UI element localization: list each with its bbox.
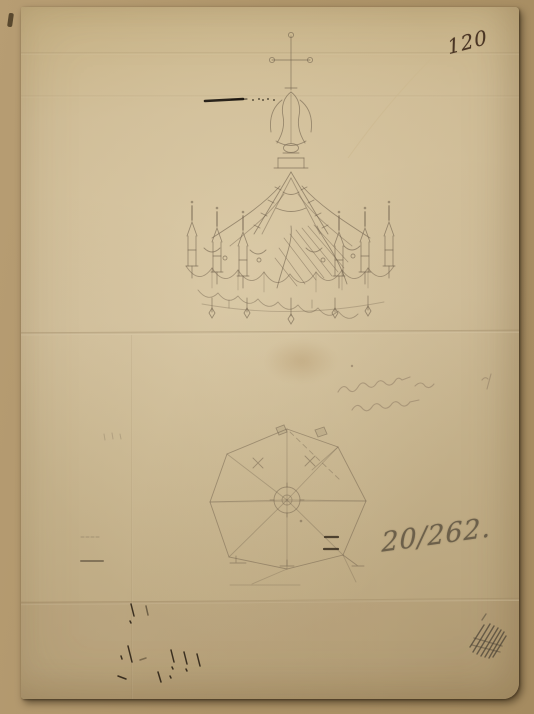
paper-sheet [21, 7, 519, 699]
fold-crease [21, 52, 519, 55]
stain-blot [265, 339, 337, 383]
photo-of-drawing: 120 20/262. [0, 0, 534, 714]
mat-corner-notch [7, 13, 14, 28]
paper-tone-band [21, 601, 519, 699]
fold-crease [21, 330, 519, 336]
mat-bottom-strip [0, 697, 534, 714]
fold-crease [21, 95, 519, 98]
